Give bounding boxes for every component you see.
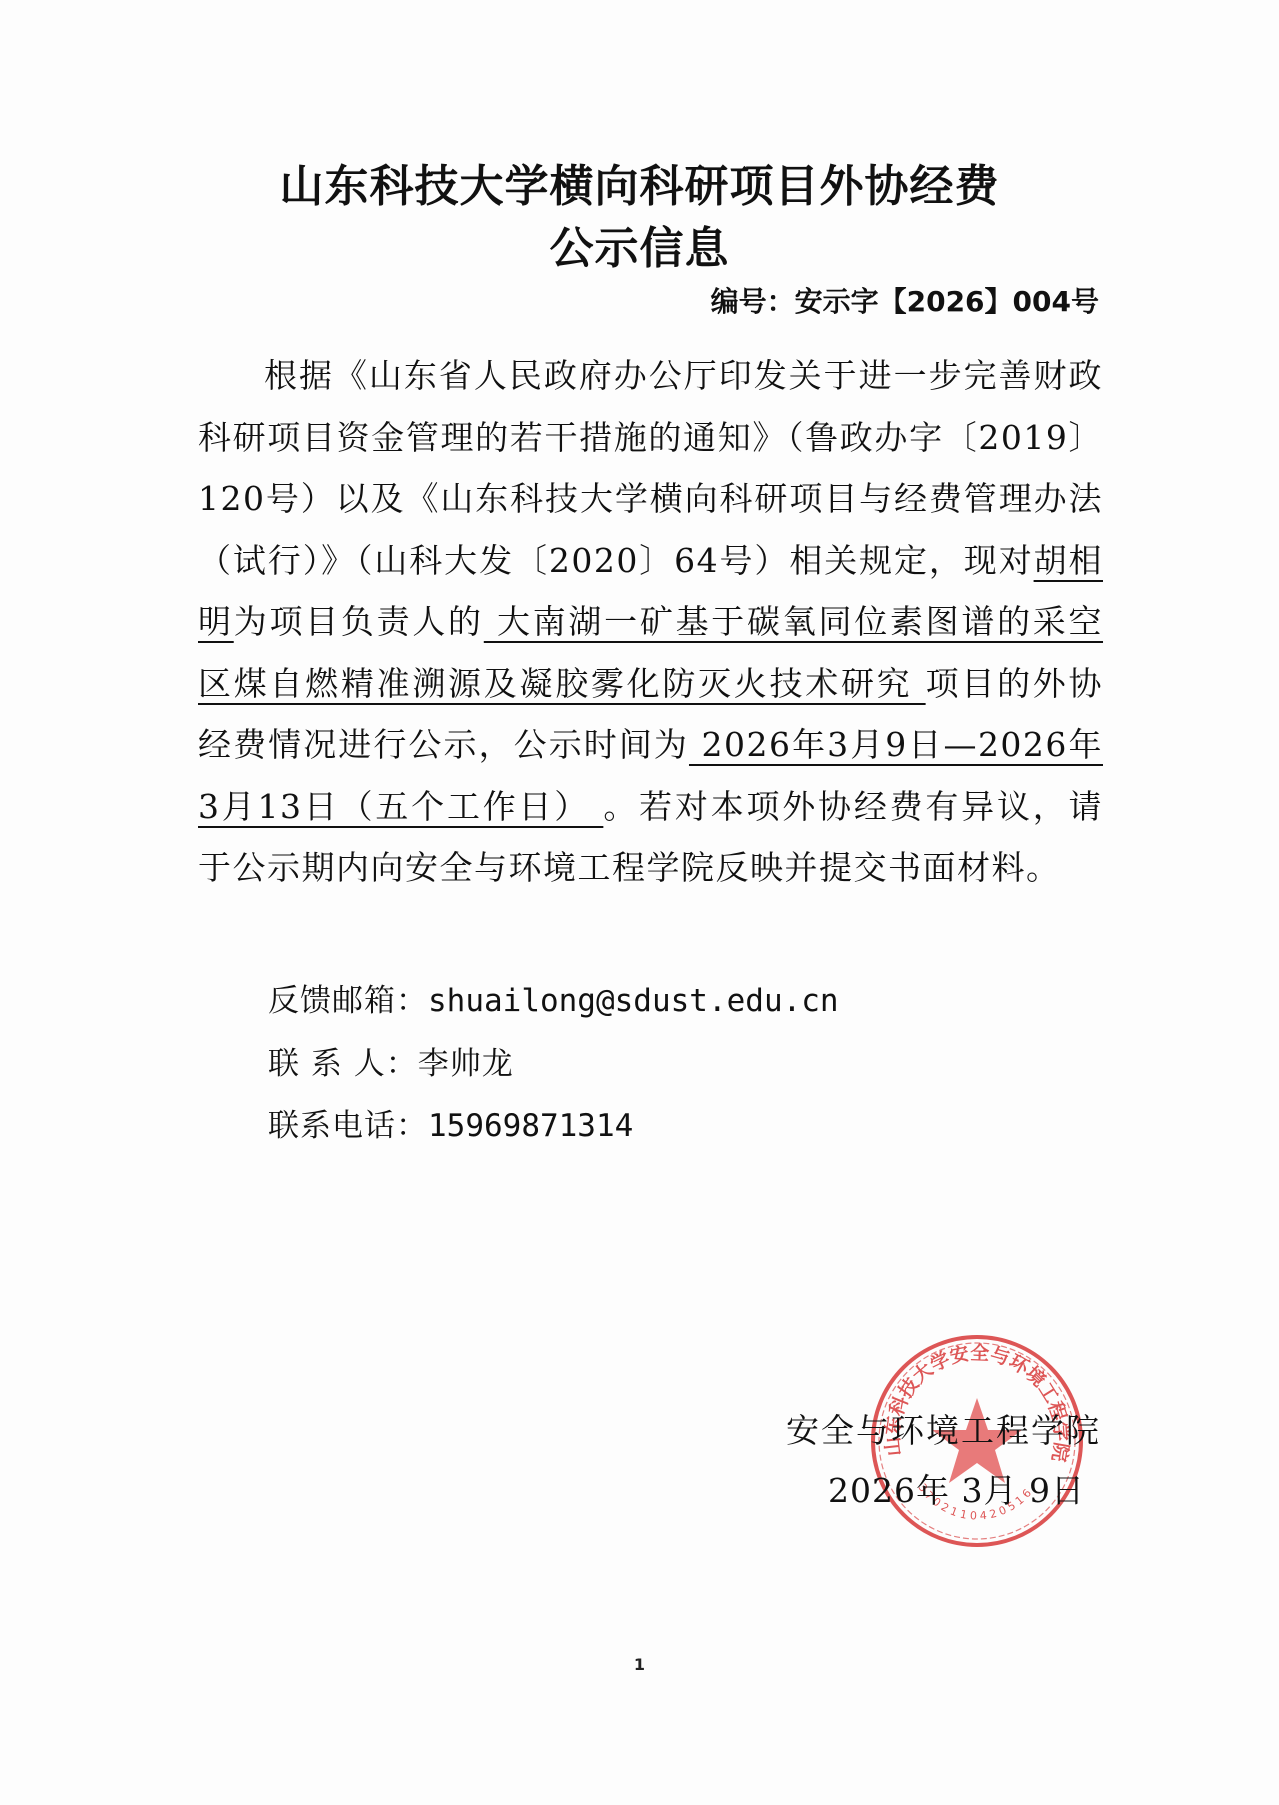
- contact-person-label: 联 系 人：: [268, 1046, 418, 1082]
- signature-date: 2026年 3月 9日: [828, 1465, 1085, 1512]
- announcement-body: 根据《山东省人民政府办公厅印发关于进一步完善财政科研项目资金管理的若干措施的通知…: [198, 345, 1103, 899]
- document-title-line2: 公示信息: [0, 212, 1279, 276]
- contact-phone-row: 联系电话：15969871314: [268, 1100, 633, 1145]
- contact-phone-value: 15969871314: [428, 1108, 633, 1144]
- signature-organization: 安全与环境工程学院: [786, 1405, 1101, 1452]
- document-page: 山东科技大学横向科研项目外协经费 公示信息 编号：安示字【2026】004号 根…: [0, 0, 1279, 1805]
- body-part-1: 根据《山东省人民政府办公厅印发关于进一步完善财政科研项目资金管理的若干措施的通知…: [198, 356, 1103, 580]
- contact-person-row: 联 系 人：李帅龙: [268, 1038, 514, 1083]
- document-title-line1: 山东科技大学横向科研项目外协经费: [0, 150, 1279, 214]
- contact-person-value: 李帅龙: [418, 1046, 514, 1082]
- contact-email-row: 反馈邮箱：shuailong@sdust.edu.cn: [268, 975, 839, 1020]
- contact-phone-label: 联系电话：: [268, 1108, 428, 1144]
- body-part-2: 为项目负责人的: [234, 602, 484, 641]
- contact-email-value[interactable]: shuailong@sdust.edu.cn: [428, 983, 839, 1019]
- contact-email-label: 反馈邮箱：: [268, 983, 428, 1019]
- page-number: 1: [0, 1655, 1279, 1674]
- document-number: 编号：安示字【2026】004号: [711, 280, 1099, 320]
